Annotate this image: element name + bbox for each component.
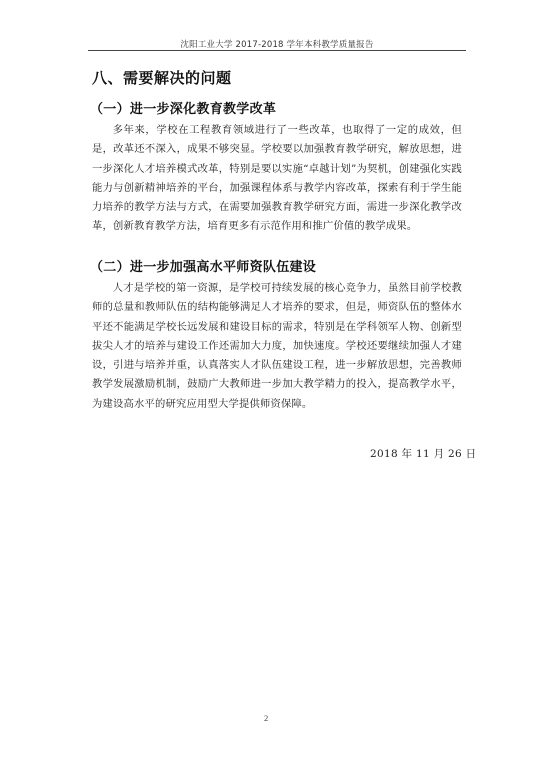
subsection-heading-2: （二）进一步加强高水平师资队伍建设 — [90, 256, 316, 275]
subsection-body-1: 多年来，学校在工程教育领域进行了一些改革，也取得了一定的成效，但是，改革还不深入… — [92, 121, 462, 237]
subsection-body-2: 人才是学校的第一资源，是学校可持续发展的核心竞争力，虽然目前学校教师的总量和教师… — [92, 279, 462, 414]
page-number: 2 — [264, 713, 268, 723]
subsection-heading-1: （一）进一步深化教育教学改革 — [90, 98, 276, 117]
report-date: 2018 年 11 月 26 日 — [370, 446, 476, 461]
section-heading: 八、需要解决的问题 — [92, 67, 232, 88]
header-rule — [88, 50, 466, 51]
page-header: 沈阳工业大学 2017-2018 学年本科教学质量报告 — [88, 38, 466, 50]
